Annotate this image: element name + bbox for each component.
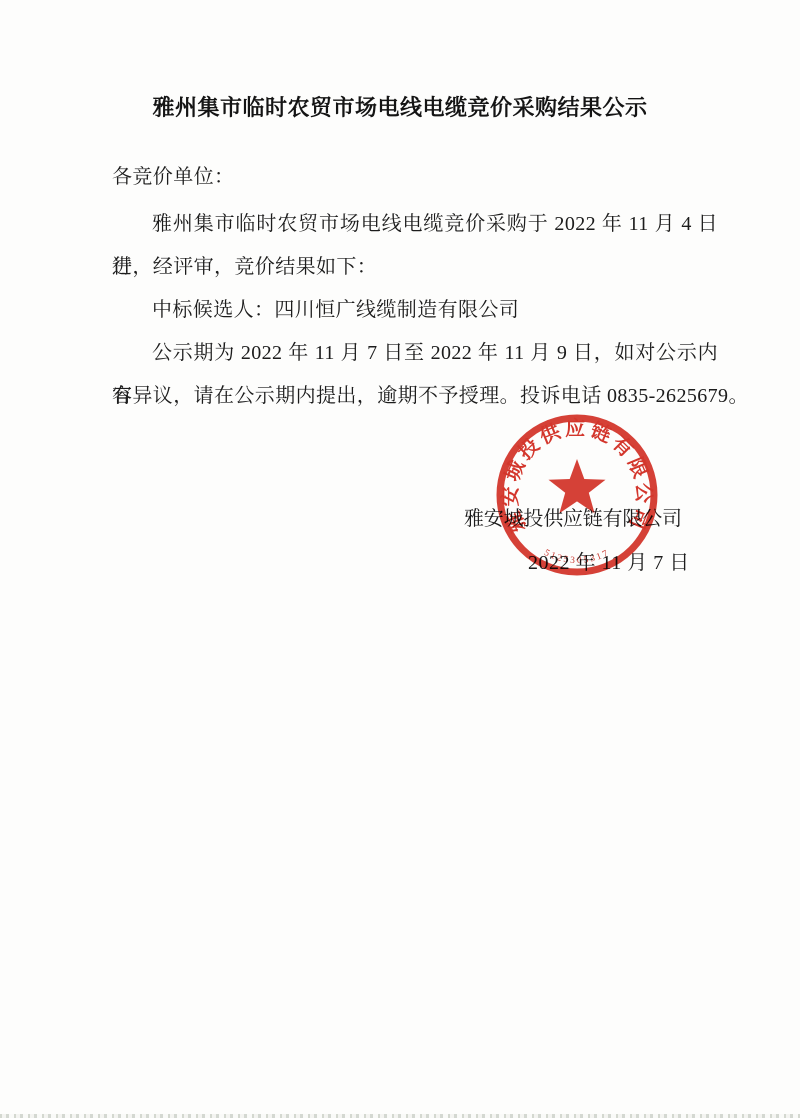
seal-serial: 5125305317 (542, 548, 612, 566)
salutation-line: 各竞价单位： (112, 156, 718, 199)
document-title: 雅州集市临时农贸市场电线电缆竞价采购结果公示 (0, 91, 800, 122)
company-seal: 雅安城投供应链有限公司 5125305317 (487, 405, 667, 585)
seal-star-icon (549, 459, 606, 513)
seal-serial-holder: 5125305317 (542, 548, 612, 566)
document-body: 各竞价单位： 雅州集市临时农贸市场电线电缆竞价采购于 2022 年 11 月 4… (112, 156, 718, 418)
body-line: 公示期为 2022 年 11 月 7 日至 2022 年 11 月 9 日，如对… (112, 332, 718, 375)
document-page: 雅州集市临时农贸市场电线电缆竞价采购结果公示 各竞价单位： 雅州集市临时农贸市场… (0, 0, 800, 1118)
body-line: 雅州集市临时农贸市场电线电缆竞价采购于 2022 年 11 月 4 日进 (112, 203, 718, 246)
body-line: 中标候选人：四川恒广线缆制造有限公司 (112, 289, 718, 332)
scan-artifact-edge (0, 1114, 800, 1118)
body-line: 行，经评审，竞价结果如下： (112, 246, 718, 289)
